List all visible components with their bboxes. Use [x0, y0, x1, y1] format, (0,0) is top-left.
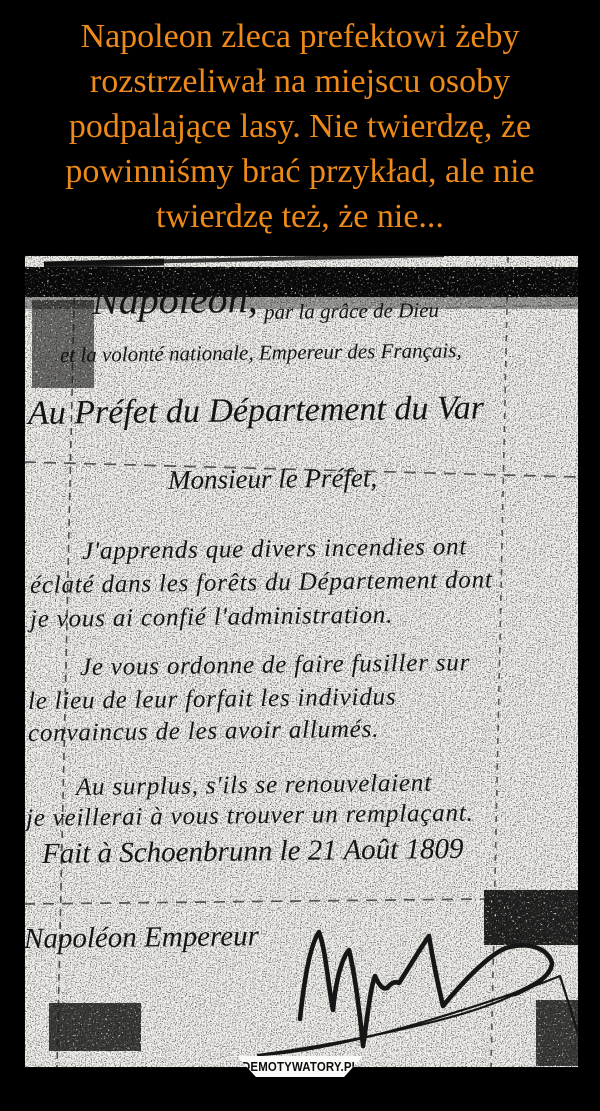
letter-dateline: Fait à Schoenbrunn le 21 Août 1809	[42, 833, 464, 871]
caption-line: Napoleon zleca prefektowi żeby	[0, 14, 600, 59]
letter-paragraph2-line: le lieu de leur forfait les individus	[28, 683, 397, 715]
watermark-text: DEMOTYWATORY.PL	[242, 1059, 359, 1074]
letter-paragraph1-line: éclaté dans les forêts du Département do…	[30, 566, 493, 600]
letter-paragraph2-line: convaincus de les avoir allumés.	[28, 716, 380, 748]
letter-paragraph3-line: je veillerai à vous trouver un remplaçan…	[26, 800, 474, 833]
caption-text: Napoleon zleca prefektowi żeby rozstrzel…	[0, 14, 600, 239]
napoleon-signature	[248, 903, 579, 1068]
letter-signature-label: Napoléon Empereur	[24, 920, 259, 956]
letter-paragraph2-line: Je vous ordonne de faire fusiller sur	[80, 649, 471, 682]
letter-addressee: Au Préfet du Département du Var	[28, 389, 485, 433]
caption-line: twierdzę też, że nie...	[0, 194, 600, 239]
letter-paragraph1-line: je vous ai confié l'administration.	[30, 602, 394, 634]
caption-line: powinniśmy brać przykład, ale nie	[0, 149, 600, 194]
caption-line: rozstrzeliwał na miejscu osoby	[0, 59, 600, 104]
letter-heading-byline: par la grâce de Dieu	[264, 298, 439, 325]
letter-heading-line2: et la volonté nationale, Empereur des Fr…	[60, 338, 462, 368]
letter-scan: Napoléon, par la grâce de Dieu et la vol…	[24, 255, 579, 1068]
watermark-tab: DEMOTYWATORY.PL	[237, 1056, 363, 1077]
letter-paragraph1-line: J'apprends que divers incendies ont	[82, 533, 467, 566]
letter-salutation: Monsieur le Préfet,	[168, 462, 378, 496]
letter-paragraph3-line: Au surplus, s'ils se renouvelaient	[76, 770, 432, 802]
caption-line: podpalające lasy. Nie twierdzę, że	[0, 104, 600, 149]
letter-heading-name: Napoléon,	[92, 275, 258, 324]
